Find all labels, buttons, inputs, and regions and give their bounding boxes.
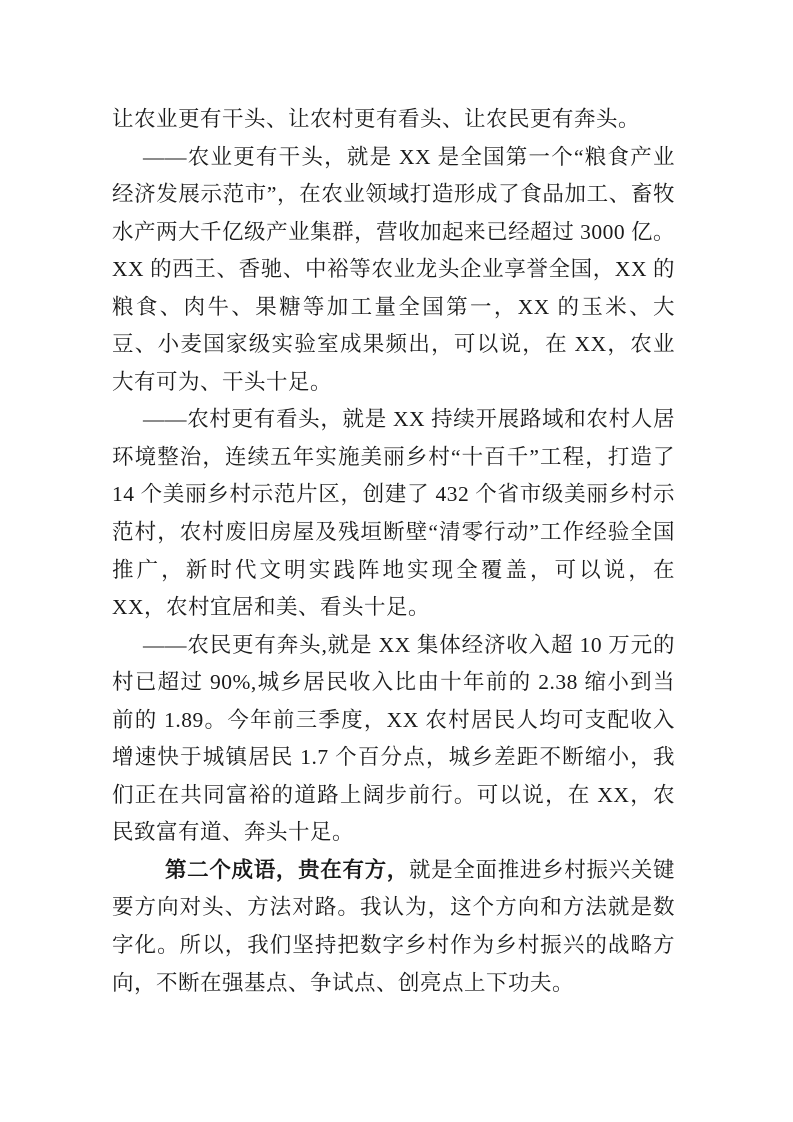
paragraph-agriculture-gantou: ——农业更有干头，就是 XX 是全国第一个“粮食产业经济发展示范市”，在农业领域… <box>112 139 675 402</box>
document-page: 让农业更有干头、让农村更有看头、让农民更有奔头。 ——农业更有干头，就是 XX … <box>0 0 793 1122</box>
document-body: 让农业更有干头、让农村更有看头、让农民更有奔头。 ——农业更有干头，就是 XX … <box>112 101 675 1002</box>
paragraph-second-idiom-bold-lead: 第二个成语，贵在有方， <box>165 858 409 882</box>
paragraph-second-idiom: 第二个成语，贵在有方，就是全面推进乡村振兴关键要方向对头、方法对路。我认为，这个… <box>112 852 675 1002</box>
paragraph-continuation: 让农业更有干头、让农村更有看头、让农民更有奔头。 <box>112 101 675 139</box>
paragraph-farmers-bentou: ——农民更有奔头,就是 XX 集体经济收入超 10 万元的村已超过 90%,城乡… <box>112 627 675 852</box>
paragraph-countryside-kantou: ——农村更有看头，就是 XX 持续开展路域和农村人居环境整治，连续五年实施美丽乡… <box>112 401 675 626</box>
